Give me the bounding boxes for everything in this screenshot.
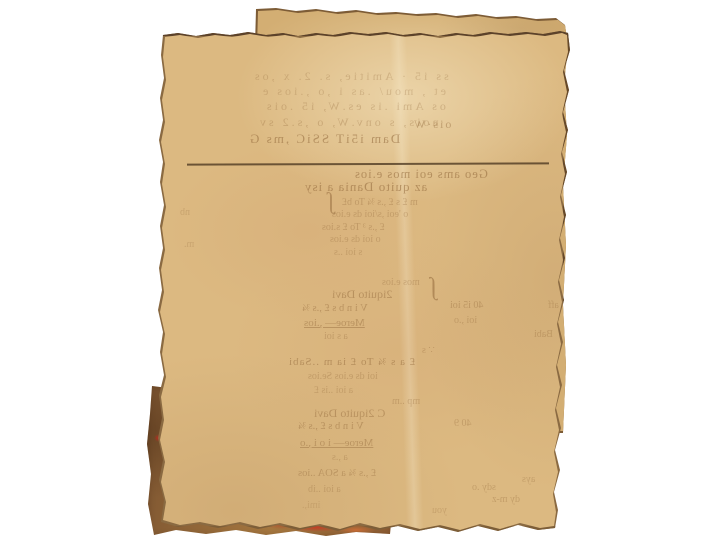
ghost-line: a ioi ..ib xyxy=(308,485,341,495)
ghost-line: sdy .o xyxy=(472,483,496,493)
ghost-line: et , mou/ .as i ,o ,.ios e xyxy=(260,85,446,97)
ghost-line: m £ s £ ,.s ¾ To b£ xyxy=(342,198,418,208)
ghost-line: a ioi ..is £ xyxy=(314,386,353,396)
ghost-line: Meroe— ,.ios xyxy=(304,318,365,329)
ghost-line: £ ,.s ³ To £ s.ios xyxy=(322,223,385,233)
ghost-line: a s ioi xyxy=(324,332,348,342)
ghost-line: ays xyxy=(522,475,535,485)
ghost-line: ioi ,.o xyxy=(454,316,477,326)
ghost-line: £ a s ¾ To £ ia m ..Sabi xyxy=(288,357,415,368)
ghost-line: 2iquito Davi xyxy=(332,288,392,300)
ghost-line: mp ..m xyxy=(392,397,420,407)
ghost-line: ss i5 · Amitie, s. 2. x ,os xyxy=(252,70,449,82)
ghost-line: you xyxy=(432,506,447,516)
ghost-line: 40 9 xyxy=(454,419,472,429)
ghost-line: V i n b s £ ,.s ¾ xyxy=(302,304,368,315)
ghost-line: aff xyxy=(548,301,559,311)
ghost-line: ∵ s xyxy=(422,346,435,356)
ghost-line: o ioi ds e.ios xyxy=(330,235,381,245)
scanned-page: ss i5 · Amitie, s. 2. x ,oset , mou/ .as… xyxy=(0,0,720,540)
ghost-line: £ ,.s ¾ a SOA ..ios xyxy=(298,469,376,480)
front-sheet: ss i5 · Amitie, s. 2. x ,oset , mou/ .as… xyxy=(158,30,570,533)
ghost-line: Babi xyxy=(534,330,553,340)
ghost-line: nb xyxy=(180,208,190,218)
ghost-line: o 'eoi ,s/ioi ds e.ios xyxy=(332,210,408,220)
ghost-line: imi,. xyxy=(302,501,320,511)
ghost-line: ∫ xyxy=(430,275,437,299)
ghost-line: os Ami .is es.W, i5 .ois xyxy=(264,100,446,112)
ghost-line: dy m-z xyxy=(492,495,520,505)
front-sheet-surface: ss i5 · Amitie, s. 2. x ,oset , mou/ .as… xyxy=(160,32,568,531)
ghost-text-layer: ss i5 · Amitie, s. 2. x ,oset , mou/ .as… xyxy=(160,32,568,531)
ghost-line: s ioi ..s xyxy=(334,248,362,258)
ghost-line: V i n b s £ ,.s ¾ xyxy=(298,422,364,433)
ghost-line: C 2iquito Davi xyxy=(314,407,385,419)
ghost-line: nois, s onv.W, o ,s.2 sv xyxy=(257,116,438,128)
ghost-line: m. xyxy=(184,240,194,250)
ghost-line: ioi ds e.ios Se.ios xyxy=(308,372,378,382)
ghost-line: Meroe— i o i ,.o xyxy=(300,438,373,449)
ghost-line: 40 i5 ioi xyxy=(450,301,483,311)
ghost-line: a ,.s xyxy=(332,453,348,463)
ghost-line: az quito Dania a isy xyxy=(304,180,427,193)
ghost-line: Dam i5iT SSiC ,ms G xyxy=(248,132,400,145)
